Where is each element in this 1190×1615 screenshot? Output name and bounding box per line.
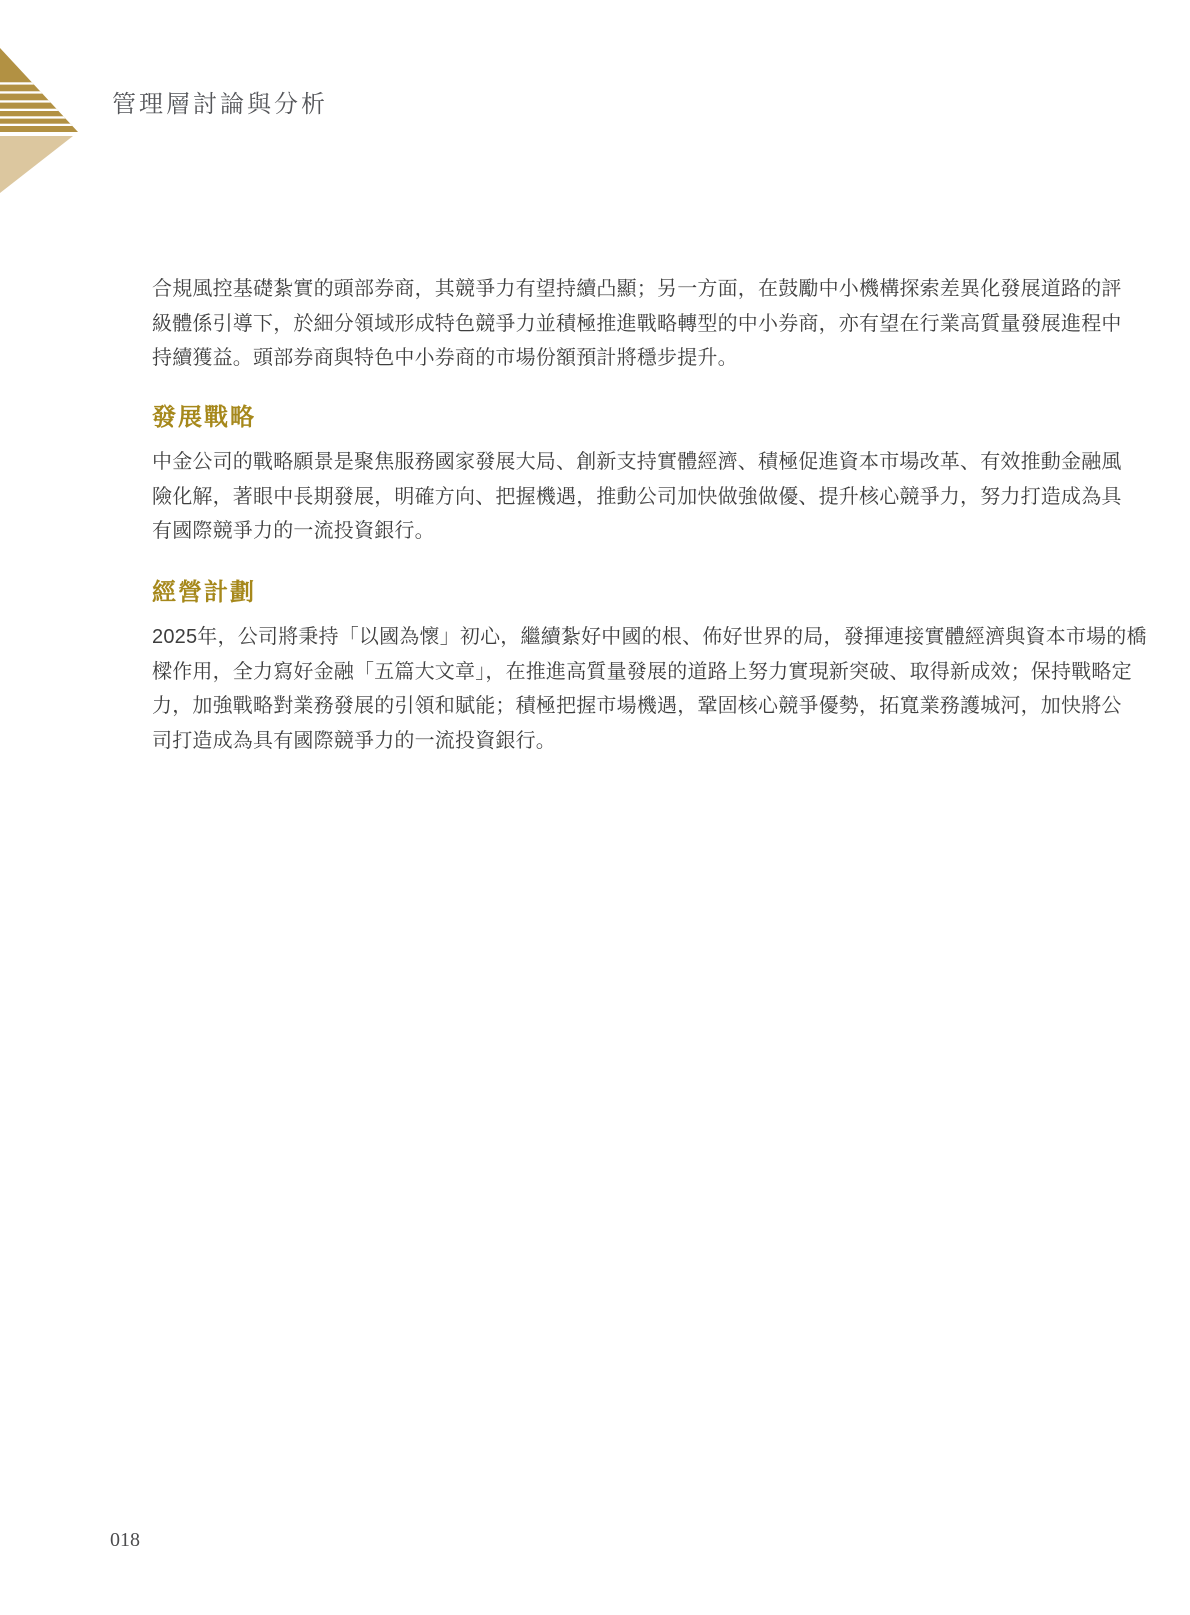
- business-plan-paragraph: 2025年，公司將秉持「以國為懷」初心，繼續紮好中國的根、佈好世界的局，發揮連接…: [152, 620, 1132, 758]
- section-heading-development-strategy: 發展戰略: [152, 397, 256, 432]
- section-heading-business-plan: 經營計劃: [152, 572, 256, 607]
- page-number: 018: [110, 1529, 140, 1552]
- paragraph-line: 樑作用，全力寫好金融「五篇大文章」，在推進高質量發展的道路上努力實現新突破、取得…: [152, 655, 1132, 690]
- paragraph-line: 持續獲益。頭部券商與特色中小券商的市場份額預計將穩步提升。: [152, 341, 1132, 376]
- paragraph-line: 司打造成為具有國際競爭力的一流投資銀行。: [152, 724, 1132, 759]
- page-header-title: 管理層討論與分析: [112, 84, 328, 119]
- report-page: 管理層討論與分析 合規風控基礎紮實的頭部券商，其競爭力有望持續凸顯；另一方面，在…: [0, 0, 1190, 1615]
- paragraph-line: 合規風控基礎紮實的頭部券商，其競爭力有望持續凸顯；另一方面，在鼓勵中小機構探索差…: [152, 272, 1132, 307]
- paragraph-line: 級體係引導下，於細分領域形成特色競爭力並積極推進戰略轉型的中小券商，亦有望在行業…: [152, 307, 1132, 342]
- paragraph-line: 中金公司的戰略願景是聚焦服務國家發展大局、創新支持實體經濟、積極促進資本市場改革…: [152, 445, 1132, 480]
- intro-paragraph: 合規風控基礎紮實的頭部券商，其競爭力有望持續凸顯；另一方面，在鼓勵中小機構探索差…: [152, 272, 1132, 376]
- corner-triangle-logo-icon: [0, 45, 80, 195]
- paragraph-line: 2025年，公司將秉持「以國為懷」初心，繼續紮好中國的根、佈好世界的局，發揮連接…: [152, 620, 1132, 655]
- development-strategy-paragraph: 中金公司的戰略願景是聚焦服務國家發展大局、創新支持實體經濟、積極促進資本市場改革…: [152, 445, 1132, 549]
- paragraph-line: 力，加強戰略對業務發展的引領和賦能；積極把握市場機遇，鞏固核心競爭優勢，拓寬業務…: [152, 689, 1132, 724]
- paragraph-line: 有國際競爭力的一流投資銀行。: [152, 514, 1132, 549]
- paragraph-line: 險化解，著眼中長期發展，明確方向、把握機遇，推動公司加快做強做優、提升核心競爭力…: [152, 480, 1132, 515]
